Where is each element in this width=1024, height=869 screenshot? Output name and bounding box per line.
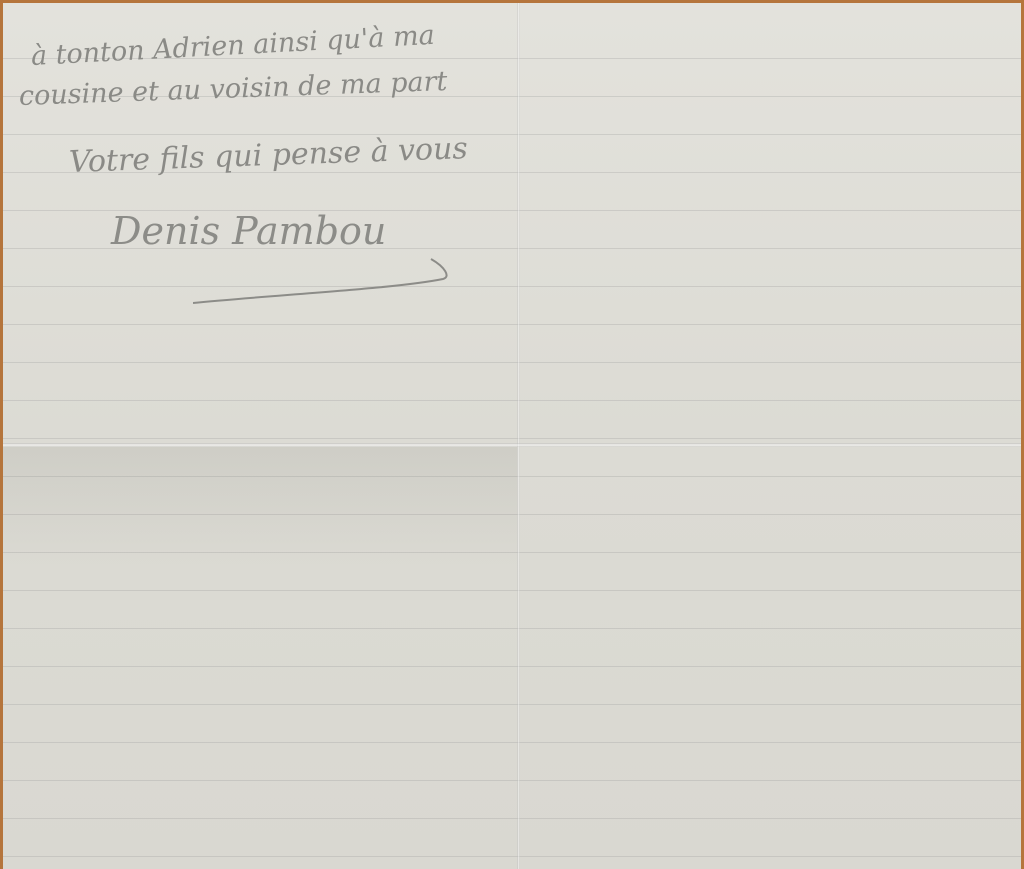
- letter-line-1: à tonton Adrien ainsi qu'à ma: [30, 20, 435, 72]
- paper-shadow: [3, 447, 517, 567]
- closing-line: Votre fils qui pense à vous: [68, 131, 468, 180]
- left-page-text: à tonton Adrien ainsi qu'à ma cousine et…: [3, 3, 517, 443]
- right-page-blank: [520, 3, 1021, 869]
- letter-sheet: à tonton Adrien ainsi qu'à ma cousine et…: [3, 3, 1021, 869]
- signature: Denis Pambou: [111, 209, 386, 253]
- signature-flourish-icon: [193, 251, 453, 311]
- letter-line-2: cousine et au voisin de ma part: [18, 66, 447, 112]
